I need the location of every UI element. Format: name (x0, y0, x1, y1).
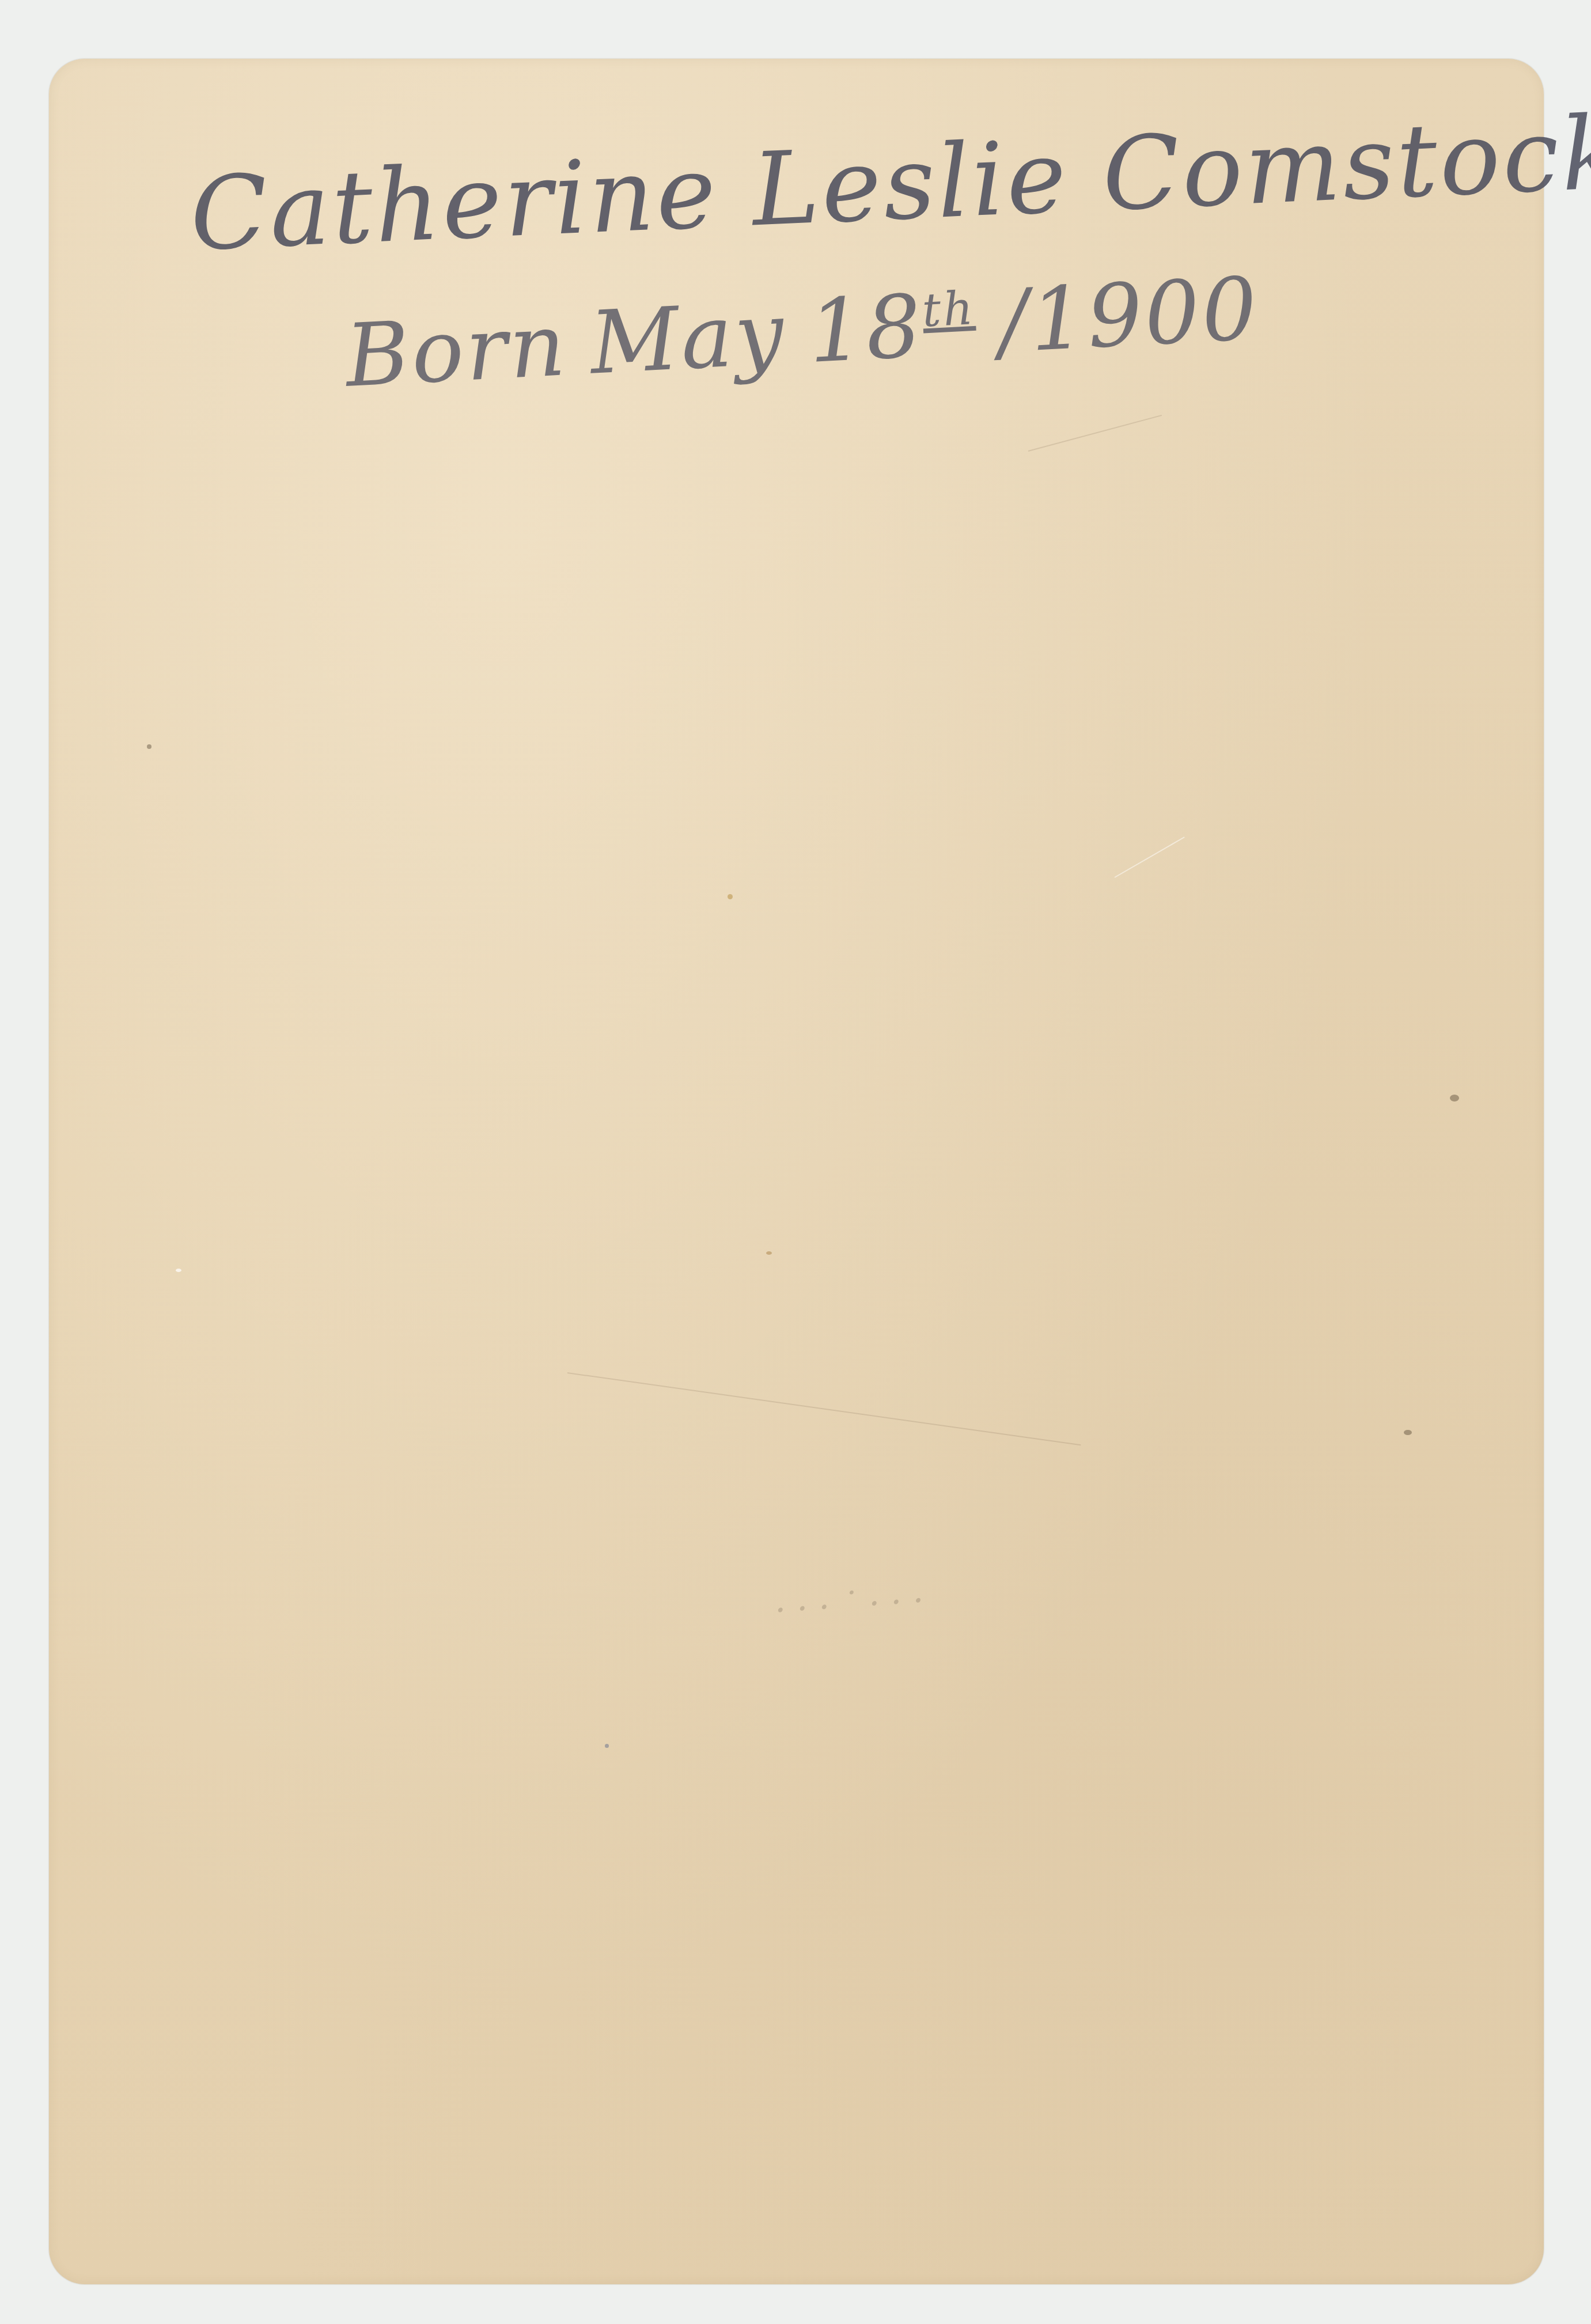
handwritten-birth-date: BornMay18th/1900 (343, 259, 1262, 407)
birth-prefix: Born (343, 295, 570, 407)
speck (147, 744, 151, 749)
birth-day-suffix: th (921, 281, 976, 338)
birth-separator: / (997, 271, 1033, 373)
speck (766, 1251, 772, 1255)
speck (605, 1744, 609, 1748)
speck (728, 894, 733, 899)
handwritten-name: Catherine Leslie Comstock (188, 94, 1591, 274)
speck (1404, 1430, 1412, 1435)
speck (1450, 1095, 1459, 1102)
name-text: Catherine Leslie Comstock (188, 94, 1591, 274)
crease-line (1115, 837, 1185, 878)
speck (176, 1269, 181, 1272)
crease-line (567, 1372, 1081, 1445)
birth-month: May (588, 283, 788, 394)
birth-day: 18 (806, 277, 926, 383)
cabinet-card-back: Catherine Leslie Comstock BornMay18th/19… (49, 59, 1544, 2284)
crease-line (1028, 415, 1162, 452)
faint-stamp-mark: · · · ˙ · · · (774, 1580, 925, 1631)
birth-year: 1900 (1028, 259, 1262, 371)
